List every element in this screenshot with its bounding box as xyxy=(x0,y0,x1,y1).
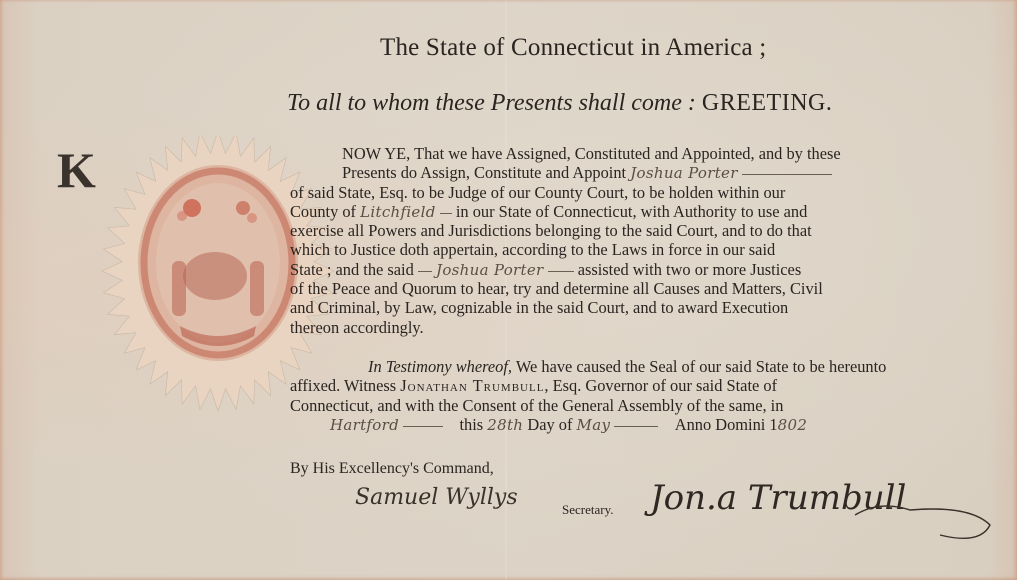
body-line: of the Peace and Quorum to hear, try and… xyxy=(290,279,950,298)
appointee-name-handwritten-2: Joshua Porter xyxy=(436,261,543,279)
body-line: exercise all Powers and Jurisdictions be… xyxy=(290,221,950,240)
testimony-line: In Testimony whereof, We have caused the… xyxy=(290,357,960,376)
fill-line xyxy=(742,174,832,175)
body-line: State ; and the said Joshua Porter assis… xyxy=(290,260,950,279)
secretary-signature: Samuel Wyllys xyxy=(355,485,518,510)
testimony-intro: In Testimony whereof, xyxy=(368,357,512,376)
command-line: By His Excellency's Command, xyxy=(290,460,494,478)
fill-line xyxy=(418,271,432,272)
signature-flourish-icon xyxy=(850,490,1000,550)
day-handwritten: 28th xyxy=(487,416,523,434)
fill-line xyxy=(548,271,574,272)
place-handwritten: Hartford xyxy=(330,416,399,434)
body-line: and Criminal, by Law, cognizable in the … xyxy=(290,298,950,317)
salutation-greeting: GREETING. xyxy=(702,90,832,116)
testimony-line: Connecticut, and with the Consent of the… xyxy=(290,396,960,415)
governor-name: Jonathan Trumbull xyxy=(400,376,544,395)
secretary-label: Secretary. xyxy=(562,502,614,518)
appointee-name-handwritten: Joshua Porter xyxy=(630,164,737,182)
body-line: NOW YE, That we have Assigned, Constitut… xyxy=(290,144,950,163)
body-line: County of Litchfield in our State of Con… xyxy=(290,202,950,221)
year-handwritten: 802 xyxy=(778,416,808,434)
body-line: of said State, Esq. to be Judge of our C… xyxy=(290,183,950,202)
month-handwritten: May xyxy=(577,416,611,434)
body-line: which to Justice doth appertain, accordi… xyxy=(290,240,950,259)
fill-line xyxy=(614,426,658,427)
document-title: The State of Connecticut in America ; xyxy=(380,34,766,62)
fill-line xyxy=(440,213,452,214)
commission-document: The State of Connecticut in America ; To… xyxy=(0,0,1017,580)
county-handwritten: Litchfield xyxy=(360,203,435,221)
testimony-clause: In Testimony whereof, We have caused the… xyxy=(290,357,960,434)
salutation-italic: To all to whom these Presents shall come… xyxy=(287,90,696,116)
drop-cap: K xyxy=(57,150,96,190)
body-line: thereon accordingly. xyxy=(290,318,950,337)
testimony-date-line: Hartford this 28th Day of May Anno Domin… xyxy=(290,415,960,434)
commission-body: NOW YE, That we have Assigned, Constitut… xyxy=(290,144,950,337)
body-line: Presents do Assign, Constitute and Appoi… xyxy=(290,163,950,182)
salutation: To all to whom these Presents shall come… xyxy=(287,90,832,117)
fill-line xyxy=(403,426,443,427)
testimony-line: affixed. Witness Jonathan Trumbull, Esq.… xyxy=(290,376,960,395)
